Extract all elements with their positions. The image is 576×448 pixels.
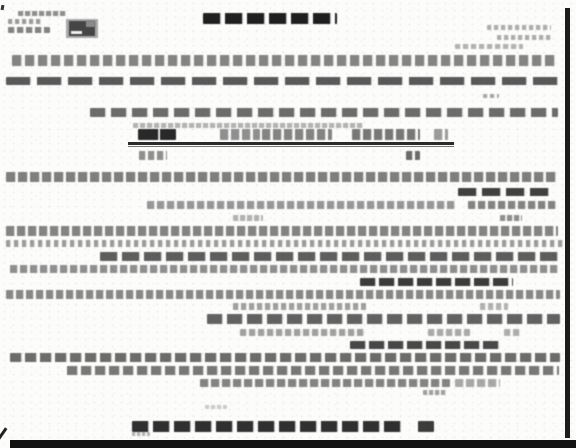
footer-title-text — [0, 421, 576, 432]
scanned-document-page — [0, 0, 576, 448]
text-line — [0, 303, 576, 310]
document-title-text-segment — [203, 13, 337, 24]
text-line-segment — [423, 390, 447, 395]
text-line — [0, 265, 576, 273]
text-line-segment — [200, 379, 450, 387]
text-line — [0, 77, 576, 85]
table-rule-1 — [128, 142, 454, 145]
text-line — [0, 432, 576, 436]
text-line — [0, 366, 576, 375]
text-line — [0, 55, 576, 66]
text-line-segment — [10, 353, 560, 362]
text-line-segment — [480, 303, 508, 310]
text-line — [0, 201, 576, 209]
text-line — [0, 240, 576, 247]
table-header-row-segment — [262, 129, 332, 140]
text-line — [0, 94, 576, 98]
text-line-segment — [100, 252, 558, 261]
table-data-row-segment — [406, 151, 420, 160]
scan-corner-tick — [1, 5, 5, 10]
text-line — [0, 278, 576, 286]
reference-line — [0, 25, 576, 30]
text-line — [0, 215, 576, 221]
text-line-segment — [205, 405, 227, 409]
text-line — [0, 188, 576, 196]
footer-title-text-segment — [132, 421, 404, 432]
table-header-row-segment — [138, 129, 176, 140]
text-line-segment — [233, 215, 263, 221]
text-line — [0, 108, 576, 117]
text-line-segment — [207, 314, 560, 324]
reference-line-segment — [455, 44, 523, 49]
text-line — [0, 341, 576, 349]
text-line-segment — [6, 226, 558, 236]
text-line-segment — [504, 329, 520, 336]
text-line-segment — [147, 201, 457, 209]
text-line-segment — [6, 240, 564, 247]
text-line — [0, 379, 576, 387]
text-line — [0, 226, 576, 236]
text-line-segment — [67, 366, 559, 375]
text-line-segment — [12, 55, 558, 66]
text-line — [0, 329, 576, 336]
text-line-segment — [6, 77, 560, 85]
text-line-segment — [90, 108, 558, 117]
text-line-segment — [350, 341, 500, 349]
logo-white-mark — [71, 31, 82, 34]
text-line-segment — [6, 172, 558, 182]
table-header-row — [0, 129, 576, 140]
text-line-segment — [132, 432, 150, 436]
text-line-segment — [458, 188, 552, 196]
table-rule-2 — [128, 146, 454, 147]
text-line — [0, 314, 576, 324]
table-header-row-segment — [434, 129, 448, 140]
reference-line-segment — [497, 35, 553, 40]
table-data-row — [0, 151, 576, 160]
text-line — [0, 123, 576, 128]
reference-line — [0, 35, 576, 40]
text-line — [0, 390, 576, 395]
text-line-segment — [500, 215, 522, 221]
text-line-segment — [233, 303, 366, 310]
text-line — [0, 252, 576, 261]
text-line-segment — [6, 290, 560, 299]
text-line — [0, 290, 576, 299]
reference-line-segment — [487, 25, 551, 30]
text-line-segment — [428, 329, 470, 336]
text-line-segment — [133, 123, 363, 128]
text-line-segment — [10, 265, 558, 273]
text-line-segment — [455, 379, 500, 387]
text-line-segment — [468, 201, 558, 209]
footer-title-text-segment — [418, 421, 434, 432]
table-data-row-segment — [139, 151, 167, 160]
document-title-text — [0, 13, 576, 24]
table-header-row-segment — [220, 129, 260, 140]
text-line — [0, 405, 576, 409]
reference-line — [0, 44, 576, 49]
scan-bottom-edge-bar — [10, 440, 576, 448]
text-line-segment — [360, 278, 513, 286]
table-header-row-segment — [352, 129, 420, 140]
scan-right-edge-bar — [565, 8, 570, 438]
text-line-segment — [483, 94, 499, 98]
text-line — [0, 172, 576, 182]
text-line-segment — [240, 329, 366, 336]
text-line — [0, 353, 576, 362]
